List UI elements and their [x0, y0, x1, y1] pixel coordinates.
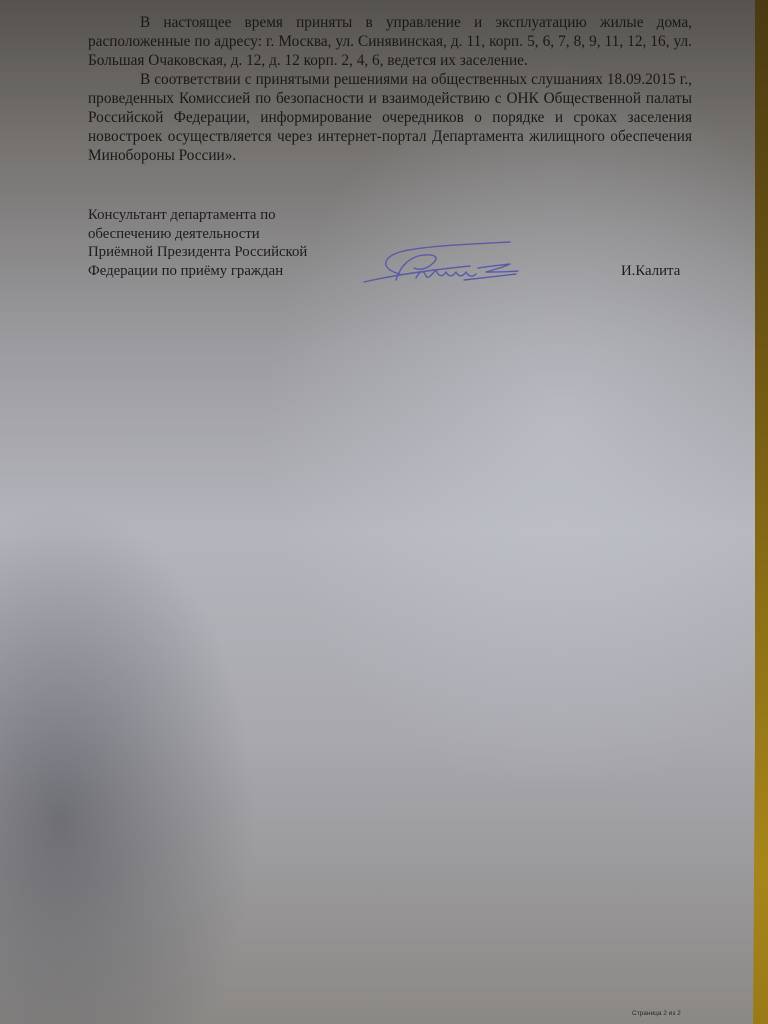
paragraph-public-hearings: В соответствии с принятыми решениями на … [88, 70, 692, 165]
handwritten-signature-icon [360, 240, 530, 290]
document-page: В настоящее время приняты в управление и… [0, 0, 755, 1024]
signer-name: И.Калита [621, 263, 680, 280]
position-line: Консультант департамента по [88, 206, 307, 225]
position-line: Приёмной Президента Российской [88, 243, 307, 262]
paragraph-housing-addresses: В настоящее время приняты в управление и… [88, 13, 692, 70]
signatory-position: Консультант департамента по обеспечению … [88, 206, 307, 281]
page-number: Страница 2 из 2 [632, 1010, 681, 1017]
position-line: Федерации по приёму граждан [88, 262, 307, 281]
position-line: обеспечению деятельности [88, 225, 307, 244]
document-body: В настоящее время приняты в управление и… [88, 13, 692, 165]
